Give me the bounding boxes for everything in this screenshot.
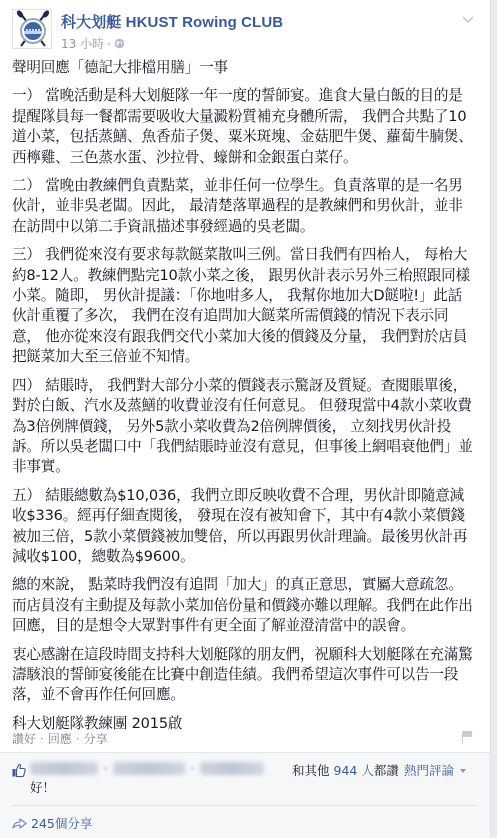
- rowing-club-logo-icon: [13, 10, 52, 49]
- shares-link[interactable]: 245個分享: [12, 814, 92, 832]
- share-arrow-icon: [12, 817, 27, 829]
- liker-name-blurred[interactable]: [30, 762, 98, 775]
- post-options-chevron-icon[interactable]: [462, 16, 474, 24]
- comment-button[interactable]: 回應: [48, 730, 72, 747]
- page-avatar[interactable]: [12, 9, 52, 49]
- liker-separator: [104, 767, 107, 770]
- shares-count: 245個分享: [31, 814, 92, 832]
- action-separator: ·: [40, 732, 44, 746]
- liker-name-blurred[interactable]: [200, 762, 264, 775]
- page-name-link[interactable]: 科大划艇 HKUST Rowing CLUB: [61, 11, 283, 32]
- post-card: 科大划艇 HKUST Rowing CLUB 13 小時 · 聲明回應「德記大排…: [0, 0, 491, 838]
- feedback-divider: [12, 805, 478, 806]
- liker-name-blurred[interactable]: [113, 762, 185, 775]
- globe-icon[interactable]: [114, 38, 125, 49]
- post-timestamp[interactable]: 13 小時: [61, 35, 104, 52]
- action-separator: ·: [76, 732, 80, 746]
- liker-names-blurred[interactable]: [30, 762, 264, 775]
- post-header: 科大划艇 HKUST Rowing CLUB 13 小時 ·: [0, 0, 490, 58]
- meta-separator: ·: [107, 37, 111, 51]
- post-paragraph-2: 二） 當晚由教練們負責點菜，並非任何一位學生。負責落單的是一名男伙計，並非吳老闆…: [12, 176, 476, 237]
- liker-separator: [191, 767, 194, 770]
- likes-count-link[interactable]: 944 人: [334, 763, 374, 778]
- post-paragraph-1: 一） 當晚活動是科大划艇隊一年一度的誓師宴。進食大量白飯的目的是提醒隊員每一餐都…: [12, 86, 476, 168]
- post-title: 聲明回應「德記大排檔用膳」一事: [12, 58, 476, 78]
- post-paragraph-5: 五） 結賬總數為$10,036，我們立即反映收費不合理，男伙計即隨意減收$336…: [12, 486, 476, 568]
- share-button[interactable]: 分享: [84, 730, 108, 747]
- post-body: 聲明回應「德記大排檔用膳」一事 一） 當晚活動是科大划艇隊一年一度的誓師宴。進食…: [0, 58, 490, 734]
- post-paragraph-thanks: 衷心感謝在這段時間支持科大划艇隊的朋友們，祝願科大划艇隊在充滿驚濤駭浪的誓師宴後…: [12, 645, 476, 706]
- post-actions: 讚好 · 回應 · 分享: [12, 730, 108, 747]
- sort-label: 熱門評論: [404, 762, 454, 779]
- post-meta: 13 小時 ·: [61, 35, 125, 52]
- post-paragraph-summary: 總的來說， 點菜時我們沒有追問「加大」的真正意思，實屬大意疏忽。而店員沒有主動提…: [12, 575, 476, 636]
- post-paragraph-4: 四） 結賬時， 我們對大部分小菜的價錢表示驚訝及質疑。查閱賬單後， 對於白飯、汽…: [12, 376, 476, 478]
- post-paragraph-3: 三） 我們從來沒有要求每款餸菜散叫三例。當日我們有四枱人， 每枱大約8-12人。…: [12, 245, 476, 367]
- likes-count-text: 和其他 944 人都讚: [292, 762, 399, 779]
- comment-sort-dropdown[interactable]: 熱門評論: [404, 762, 466, 779]
- thumbs-up-icon: [12, 763, 26, 777]
- likes-prefix: 和其他: [292, 763, 330, 778]
- like-button[interactable]: 讚好: [12, 730, 36, 747]
- feedback-section: 和其他 944 人都讚 好！ 熱門評論 245個分享: [0, 752, 490, 838]
- flag-icon[interactable]: [461, 730, 473, 744]
- caret-down-icon: [460, 769, 466, 773]
- likes-suffix-wrap: 好！: [30, 779, 55, 796]
- likes-suffix: 都讚: [374, 763, 399, 778]
